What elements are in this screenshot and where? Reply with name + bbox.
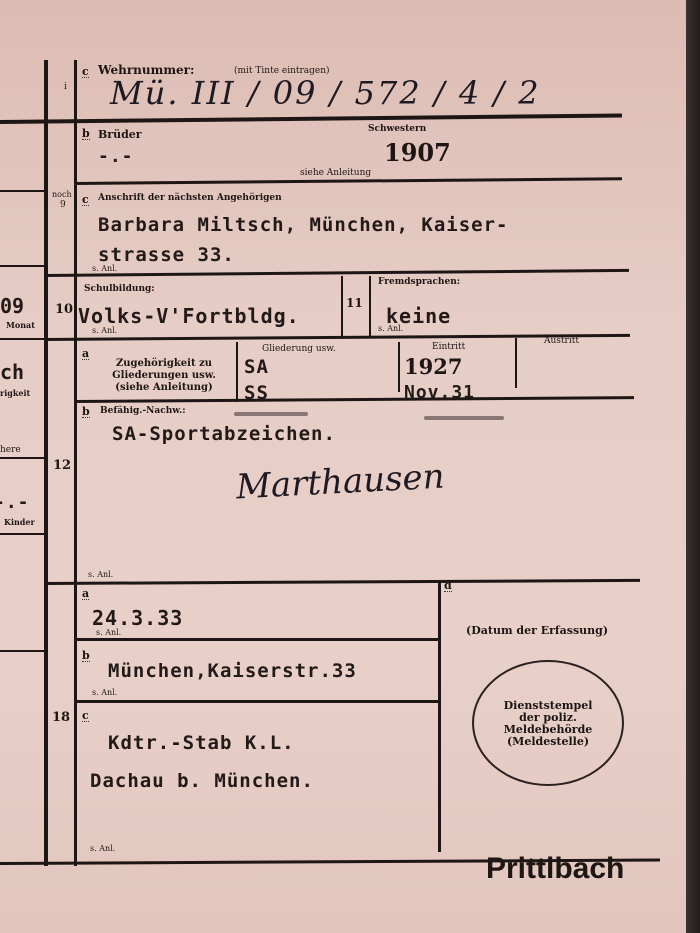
row11-number: 11 (346, 296, 363, 310)
row18-b-value: München,Kaiserstr.33 (108, 660, 357, 682)
row9-prefix: noch (52, 190, 72, 199)
membership-entry-1-eintritt: Nov.31 (404, 382, 475, 403)
row11-footnote: s. Anl. (378, 324, 403, 333)
border-number-column (74, 60, 77, 866)
row18-c-footnote: s. Anl. (90, 844, 115, 853)
divider-row18-d (438, 582, 441, 852)
membership-label-2: Gliederungen usw. (104, 370, 224, 381)
rule-left-338 (0, 338, 46, 340)
col-eintritt: Eintritt (432, 342, 465, 352)
membership-label-3: (siehe Anleitung) (104, 382, 224, 393)
left-label-kinder: Kinder (4, 517, 35, 527)
letter-d-row18: d (444, 580, 452, 592)
row18-d-label: (Datum der Erfassung) (466, 624, 608, 637)
left-label-here: here (0, 445, 21, 455)
row10-number: 10 (55, 302, 73, 317)
ink-smudge-2 (424, 416, 504, 420)
col-austritt: Austritt (544, 336, 579, 346)
divider-membership-2 (398, 342, 400, 392)
row12-footnote: s. Anl. (88, 570, 113, 579)
row9-value-line2: strasse 33. (98, 244, 235, 266)
membership-entry-0-eintritt: 1927 (404, 354, 462, 379)
letter-c-top: c (82, 66, 89, 78)
letter-a-row18: a (82, 588, 89, 600)
prittlbach-stamp: Prittlbach (486, 852, 624, 886)
row18-a-value: 24.3.33 (92, 606, 183, 630)
rule-left-265 (0, 265, 46, 267)
wehrnummer-value: Mü. III / 09 / 572 / 4 / 2 (110, 74, 541, 112)
divider-row10-11 (341, 276, 343, 336)
row18-b-footnote: s. Anl. (92, 688, 117, 697)
sisters-label: Schwestern (368, 124, 426, 134)
row18-a-footnote: s. Anl. (96, 628, 121, 637)
letter-c-row9: c (82, 194, 89, 206)
divider-row11-value (369, 276, 371, 336)
left-value-ch: ch (0, 360, 24, 384)
stamp-line-4: (Meldestelle) (472, 736, 624, 748)
rule-left-533 (0, 533, 46, 535)
row12-value: SA-Sportabzeichen. (112, 423, 336, 445)
left-value-dash: -.- (0, 492, 30, 513)
row9-number: 9 (60, 200, 66, 210)
page-edge-shadow (686, 0, 700, 933)
letter-c-row18: c (82, 710, 89, 722)
rule-left-650 (0, 650, 46, 652)
row9-value-line1: Barbara Miltsch, München, Kaiser- (98, 214, 509, 236)
rule-left-455 (0, 457, 46, 459)
membership-label-1: Zugehörigkeit zu (104, 358, 224, 369)
row11-label: Fremdsprachen: (378, 277, 460, 287)
row10-footnote: s. Anl. (92, 326, 117, 335)
official-stamp-text: Dienststempel der poliz. Meldebehörde (M… (472, 700, 624, 748)
letter-a-membership: a (82, 348, 89, 360)
row18-c-value-line1: Kdtr.-Stab K.L. (108, 732, 295, 754)
row9-label: Anschrift der nächsten Angehörigen (98, 193, 282, 203)
letter-b-row12: b (82, 406, 90, 418)
row-marker-i: i (64, 82, 67, 92)
row10-value: Volks-V'Fortbldg. (78, 304, 300, 328)
left-value-09: 09 (0, 294, 24, 318)
col-gliederung: Gliederung usw. (262, 344, 336, 354)
brothers-label: Brüder (98, 128, 142, 141)
left-label-monat: Monat (6, 320, 35, 330)
letter-b-siblings: b (82, 128, 90, 140)
siblings-footnote: siehe Anleitung (300, 168, 371, 178)
row12-label: Befähig.-Nachw.: (100, 406, 186, 416)
divider-membership-3 (515, 338, 517, 388)
border-left-thick (44, 60, 48, 866)
left-label-rigkeit: rigkeit (0, 388, 30, 398)
brothers-value: -.- (98, 146, 134, 167)
membership-entry-1-gliederung: SS (244, 382, 269, 404)
row18-number: 18 (52, 710, 70, 725)
membership-entry-0-gliederung: SA (244, 356, 269, 378)
rule-18b (74, 700, 440, 703)
rule-left-185 (0, 190, 46, 192)
row10-label: Schulbildung: (84, 284, 155, 294)
row12-number: 12 (53, 458, 71, 473)
letter-b-row18: b (82, 650, 90, 662)
rule-18a (74, 638, 440, 641)
row18-c-value-line2: Dachau b. München. (90, 770, 314, 792)
divider-membership-1 (236, 342, 238, 402)
row9-footnote: s. Anl. (92, 264, 117, 273)
ink-smudge-1 (234, 412, 308, 416)
sisters-value: 1907 (384, 138, 451, 167)
